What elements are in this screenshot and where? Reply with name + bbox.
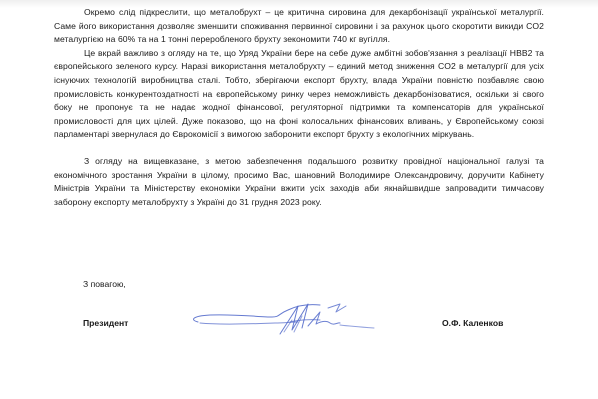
signatory-role: Президент	[83, 318, 128, 328]
closing-salutation: З повагою,	[83, 278, 126, 290]
handwritten-signature-icon	[180, 292, 380, 352]
letter-body: Окремо слід підкреслити, що металобрухт …	[54, 6, 544, 209]
paragraph-decarbonization: Окремо слід підкреслити, що металобрухт …	[54, 6, 544, 47]
signatory-name: О.Ф. Каленков	[442, 318, 503, 328]
paragraph-request: З огляду на вищевказане, з метою забезпе…	[54, 155, 544, 209]
paragraph-government-commitments: Це вкрай важливо з огляду на те, що Уряд…	[54, 47, 544, 142]
